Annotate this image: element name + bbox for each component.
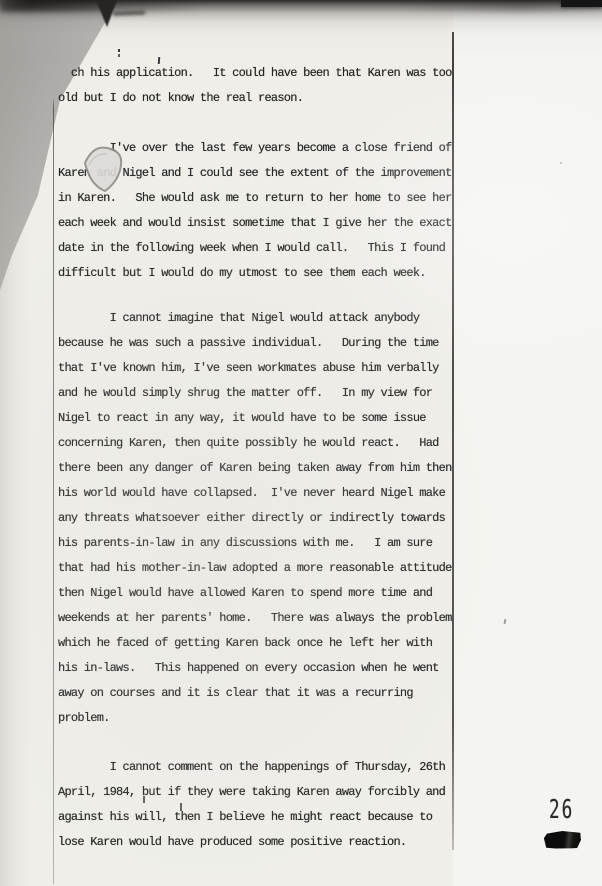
text-line: his in-laws. This happened on every occa… <box>58 656 456 681</box>
text-line: that had his mother-in-law adopted a mor… <box>58 556 456 581</box>
text-line: away on courses and it is clear that it … <box>58 681 456 706</box>
text-line: that I've known him, I've seen workmates… <box>58 356 456 381</box>
scan-smudge <box>113 10 145 15</box>
text-line: because he was such a passive individual… <box>58 331 456 356</box>
text-line: date in the following week when I would … <box>58 236 456 261</box>
paragraph: I cannot comment on the happenings of Th… <box>58 755 456 855</box>
text-line: weekends at her parents' home. There was… <box>58 606 456 631</box>
text-line: problem. <box>58 706 456 731</box>
text-line: concerning Karen, then quite possibly he… <box>58 431 456 456</box>
stray-ink-mark <box>143 796 145 803</box>
text-line: lose Karen would have produced some posi… <box>58 830 456 855</box>
text-line: his world would have collapsed. I've nev… <box>58 481 456 506</box>
stray-ink-mark <box>180 803 182 811</box>
paragraph: I cannot imagine that Nigel would attack… <box>58 306 456 731</box>
backing-sheet <box>453 0 602 886</box>
text-line: difficult but I would do my utmost to se… <box>58 261 456 286</box>
text-line: old but I do not know the real reason. <box>58 86 456 111</box>
paragraph: ch his application. It could have been t… <box>58 61 456 111</box>
text-line: and he would simply shrug the matter off… <box>58 381 456 406</box>
text-line: I cannot imagine that Nigel would attack… <box>58 306 456 331</box>
text-line: Nigel to react in any way, it would have… <box>58 406 456 431</box>
paper-fold-mark <box>77 141 129 199</box>
stray-ink-mark <box>560 162 562 164</box>
scanned-page: ch his application. It could have been t… <box>0 0 602 886</box>
text-line: against his will, then I believe he migh… <box>58 805 456 830</box>
scan-corner-mark <box>561 0 602 7</box>
text-line: April, 1984, but if they were taking Kar… <box>58 780 456 805</box>
text-line: his parents-in-law in any discussions wi… <box>58 531 456 556</box>
page-number: 26 <box>549 795 574 825</box>
text-line: any threats whatsoever either directly o… <box>58 506 456 531</box>
stray-ink-mark <box>118 49 120 52</box>
text-line: then Nigel would have allowed Karen to s… <box>58 581 456 606</box>
text-line: which he faced of getting Karen back onc… <box>58 631 456 656</box>
left-margin-line <box>53 97 54 884</box>
text-line: I cannot comment on the happenings of Th… <box>58 755 456 780</box>
text-line: ch his application. It could have been t… <box>58 61 456 86</box>
text-line: each week and would insist sometime that… <box>58 211 456 236</box>
text-line: there been any danger of Karen being tak… <box>58 456 456 481</box>
